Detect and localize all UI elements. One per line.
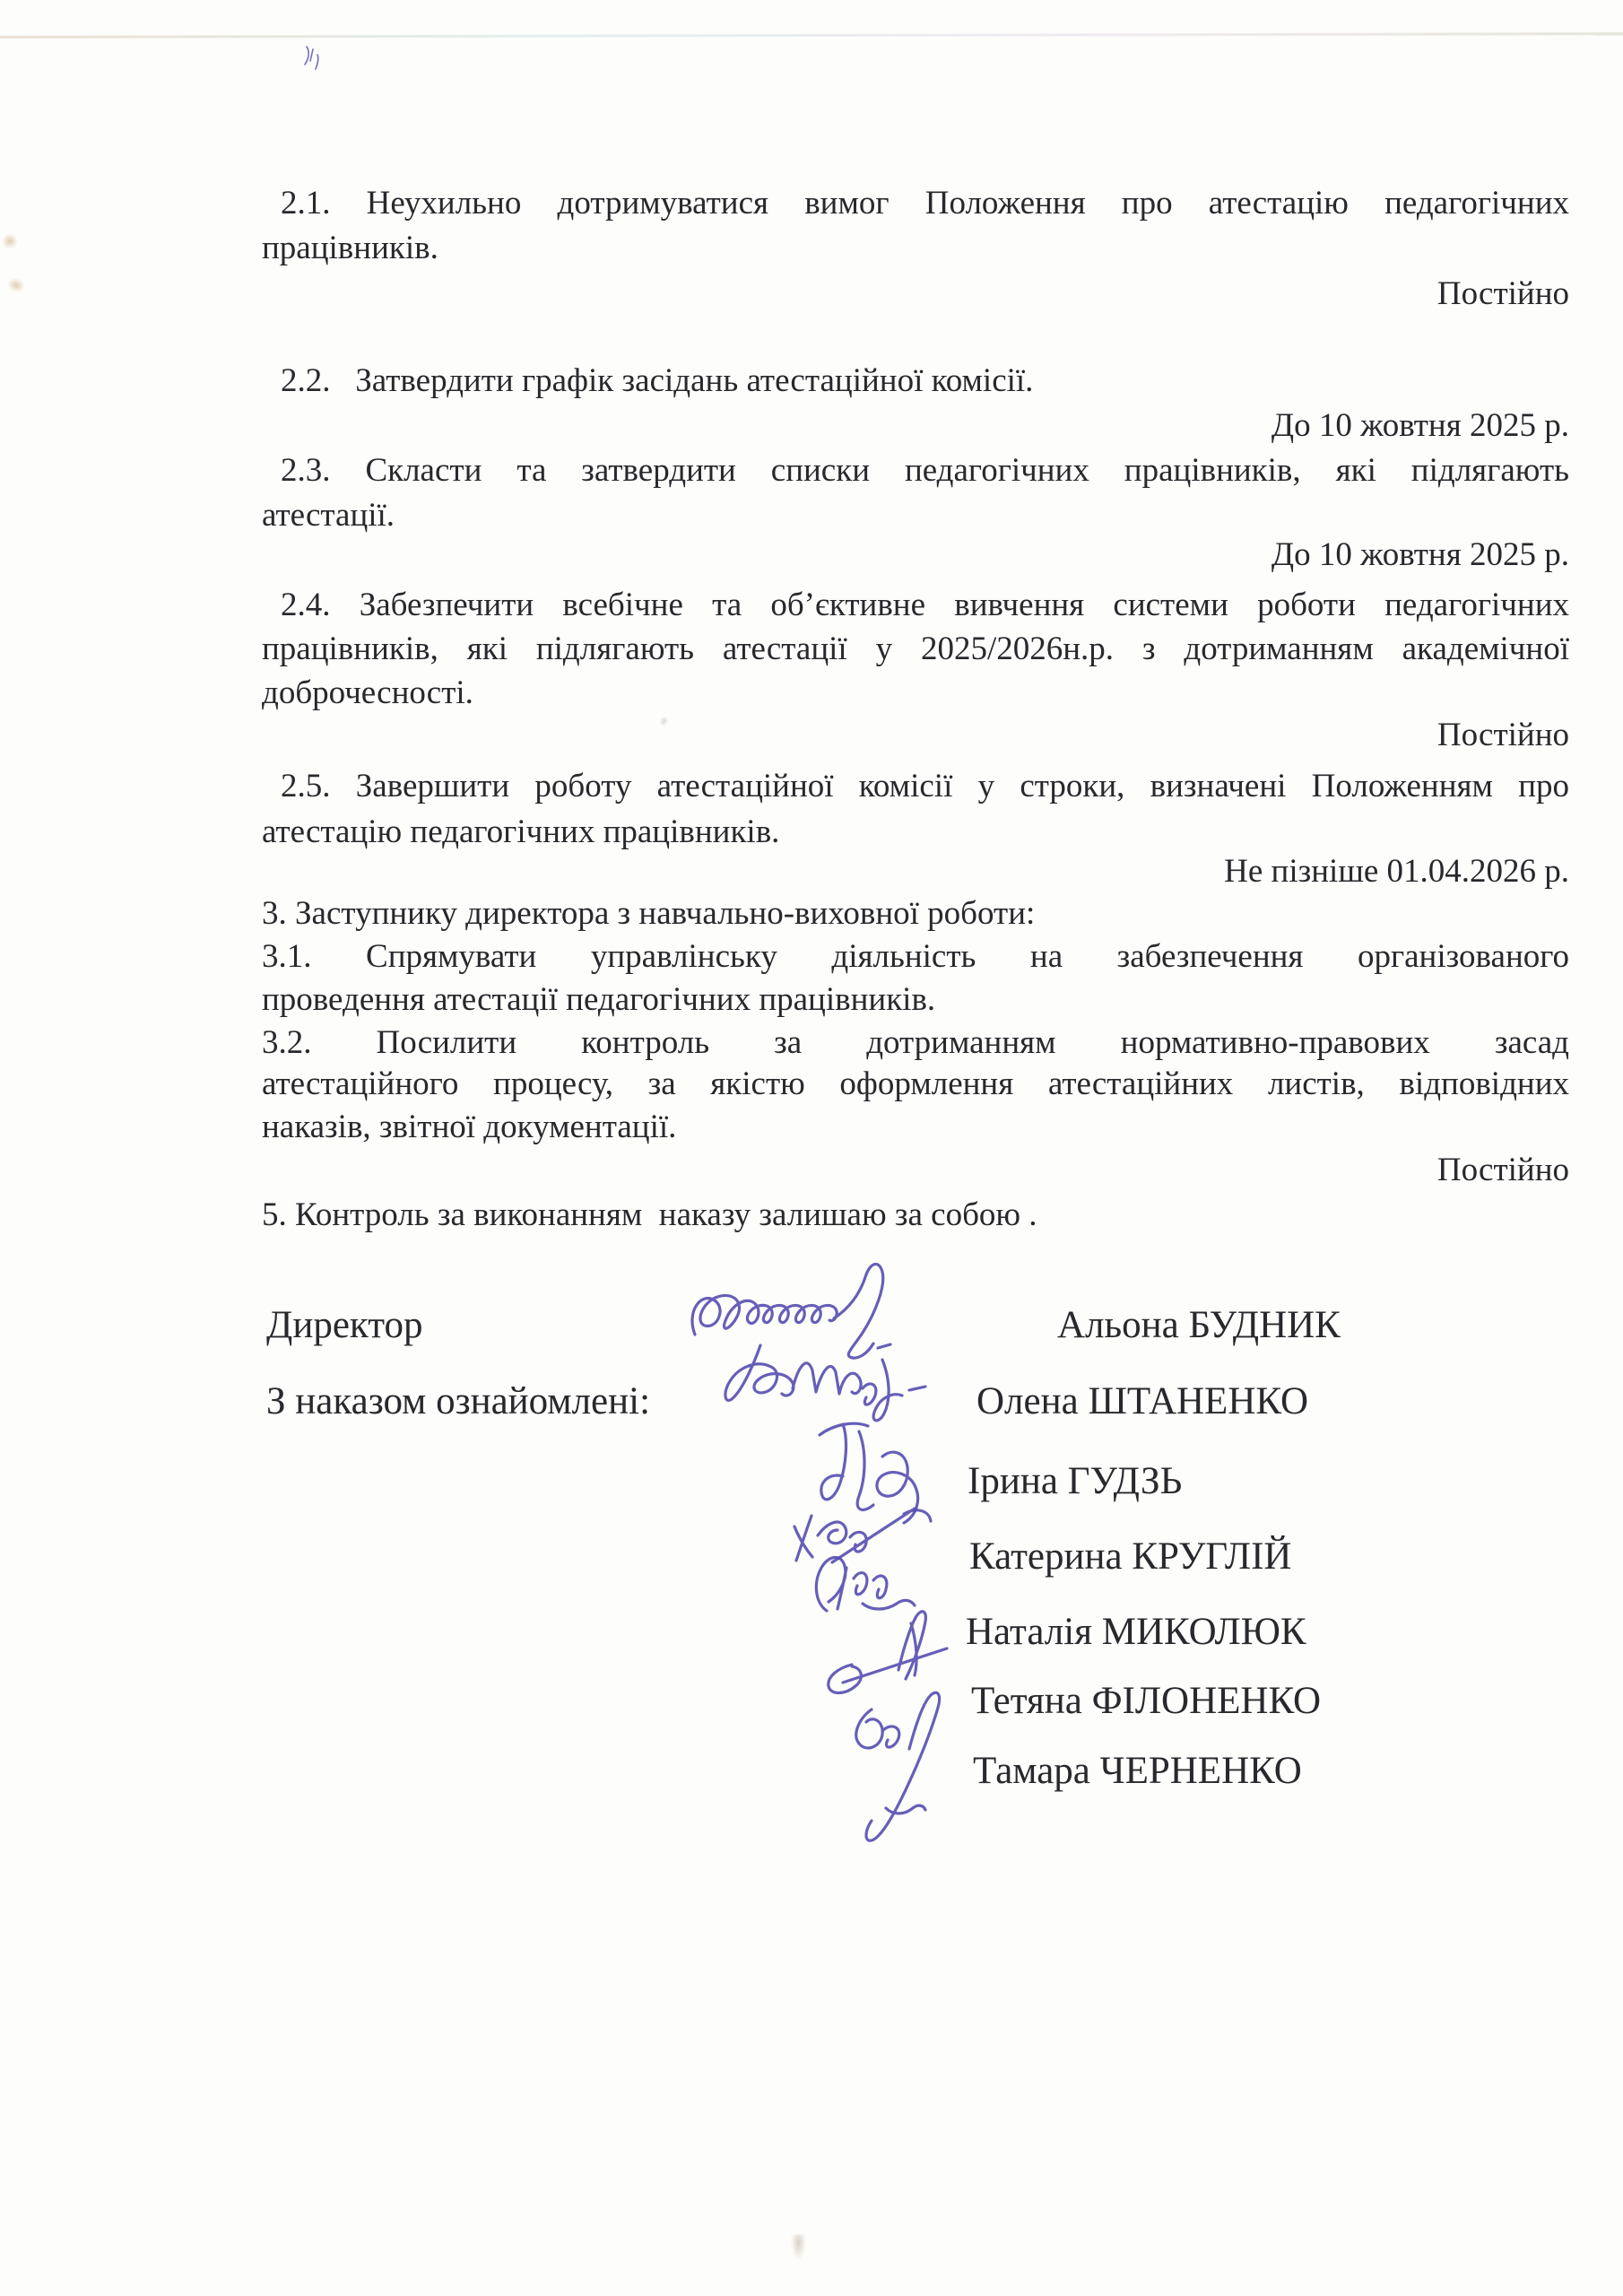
director-label: Директор [266, 1301, 422, 1350]
signer-name: Олена ШТАНЕНКО [976, 1378, 1308, 1426]
signer-name: Наталія МИКОЛЮК [966, 1608, 1306, 1657]
signature-mykoliuk [816, 1557, 915, 1611]
timing-note: Постійно [262, 1148, 1623, 1193]
signature-shtanenko [725, 1345, 925, 1421]
order-text-line: працівників. [262, 226, 1569, 271]
timing-note: До 10 жовтня 2025 р. [262, 404, 1623, 448]
order-text-line: атестаційного процесу, за якістю оформле… [262, 1062, 1569, 1107]
director-name: Альона БУДНИК [1057, 1301, 1341, 1350]
timing-note: До 10 жовтня 2025 р. [262, 533, 1623, 578]
order-text-line: 2.3. Скласти та затвердити списки педаго… [262, 448, 1569, 493]
order-text-line: 2.5. Завершити роботу атестаційної коміс… [262, 764, 1569, 809]
timing-note: Постійно [262, 713, 1623, 758]
signature-filonenko [829, 1612, 947, 1693]
order-text-line: 2.1. Неухильно дотримуватися вимог Полож… [262, 181, 1569, 226]
order-text-line: 3.1. Спрямувати управлінську діяльність … [262, 935, 1569, 979]
signature-kruhliy [794, 1509, 931, 1562]
order-text-line: проведення атестації педагогічних праців… [262, 978, 1569, 1022]
order-text-line: 5. Контроль за виконанням наказу залишаю… [262, 1193, 1569, 1238]
paper-smudge [5, 275, 27, 295]
paper-smudge [2, 233, 18, 249]
signature-chernenko [856, 1692, 940, 1840]
signer-name: Ірина ГУДЗЬ [968, 1457, 1182, 1506]
order-text-line: атестацію педагогічних працівників. [262, 810, 1569, 855]
signature-hudz [820, 1423, 918, 1523]
order-text-line: 2.4. Забезпечити всебічне та об’єктивне … [262, 583, 1569, 628]
signer-name: Тамара ЧЕРНЕНКО [973, 1747, 1302, 1796]
document-page: 2.1. Неухильно дотримуватися вимог Полож… [0, 0, 1623, 2296]
signer-name: Катерина КРУГЛІЙ [969, 1533, 1291, 1581]
order-text-body: 2.1. Неухильно дотримуватися вимог Полож… [262, 0, 1569, 1300]
order-text-line: 3.2. Посилити контроль за дотриманням но… [262, 1021, 1569, 1065]
order-text-line: наказів, звітної документації. [262, 1105, 1569, 1150]
signer-name: Тетяна ФІЛОНЕНКО [971, 1677, 1321, 1726]
paper-smudge [791, 2235, 806, 2260]
order-text-line: 2.2. Затвердити графік засідань атестаці… [262, 359, 1569, 404]
order-text-line: атестації. [262, 493, 1569, 538]
order-text-line: доброчесності. [262, 671, 1569, 716]
timing-note: Не пізніше 01.04.2026 р. [262, 849, 1623, 894]
acknowledged-label: З наказом ознайомлені: [266, 1378, 650, 1426]
order-text-line: працівників, які підлягають атестації у … [262, 627, 1569, 672]
timing-note: Постійно [262, 272, 1623, 317]
order-text-line: 3. Заступнику директора з навчально-вихо… [262, 891, 1569, 936]
